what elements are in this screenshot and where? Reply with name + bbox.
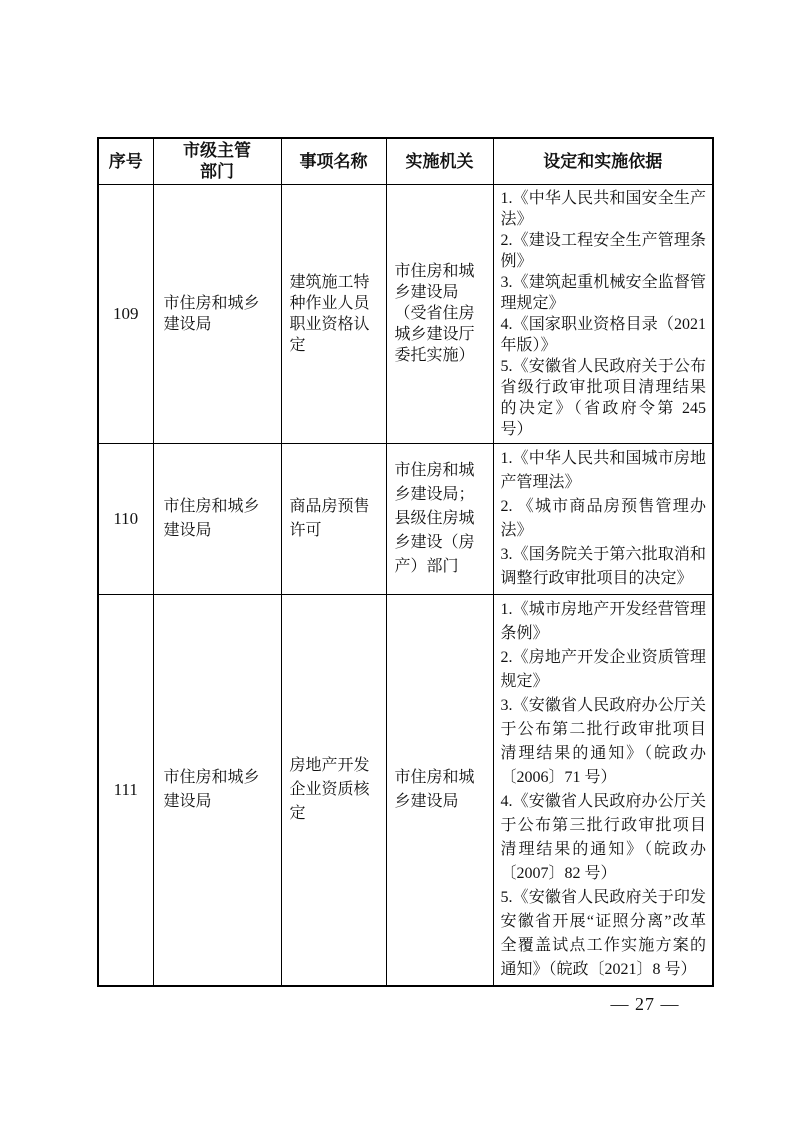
- cell-serial-number: 109: [98, 184, 153, 443]
- cell-agency: 市住房和城乡建设局；县级住房城乡建设（房产）部门: [386, 443, 493, 594]
- table-row: 109 市住房和城乡建设局 建筑施工特种作业人员职业资格认定 市住房和城乡建设局…: [98, 184, 713, 443]
- table-row: 111 市住房和城乡建设局 房地产开发企业资质核定 市住房和城乡建设局 1.《城…: [98, 594, 713, 986]
- document-page: 序号 市级主管 部门 事项名称 实施机关 设定和实施依据 109 市住房和城乡建…: [0, 0, 793, 1122]
- header-agency: 实施机关: [386, 138, 493, 184]
- cell-agency: 市住房和城乡建设局: [386, 594, 493, 986]
- cell-serial-number: 111: [98, 594, 153, 986]
- header-serial-number: 序号: [98, 138, 153, 184]
- cell-item-name: 商品房预售许可: [281, 443, 386, 594]
- cell-serial-number: 110: [98, 443, 153, 594]
- table-header-row: 序号 市级主管 部门 事项名称 实施机关 设定和实施依据: [98, 138, 713, 184]
- cell-item-name: 房地产开发企业资质核定: [281, 594, 386, 986]
- cell-basis: 1.《城市房地产开发经营管理条例》 2.《房地产开发企业资质管理规定》 3.《安…: [493, 594, 713, 986]
- page-number: — 27 —: [575, 994, 715, 1015]
- header-item-name: 事项名称: [281, 138, 386, 184]
- cell-department: 市住房和城乡建设局: [153, 443, 281, 594]
- cell-item-name: 建筑施工特种作业人员职业资格认定: [281, 184, 386, 443]
- table-row: 110 市住房和城乡建设局 商品房预售许可 市住房和城乡建设局；县级住房城乡建设…: [98, 443, 713, 594]
- header-basis: 设定和实施依据: [493, 138, 713, 184]
- header-department: 市级主管 部门: [153, 138, 281, 184]
- admin-items-table: 序号 市级主管 部门 事项名称 实施机关 设定和实施依据 109 市住房和城乡建…: [97, 137, 714, 987]
- cell-basis: 1.《中华人民共和国安全生产法》 2.《建设工程安全生产管理条例》 3.《建筑起…: [493, 184, 713, 443]
- cell-department: 市住房和城乡建设局: [153, 184, 281, 443]
- cell-department: 市住房和城乡建设局: [153, 594, 281, 986]
- cell-agency: 市住房和城乡建设局（受省住房城乡建设厅委托实施）: [386, 184, 493, 443]
- cell-basis: 1.《中华人民共和国城市房地产管理法》 2. 《城市商品房预售管理办法》 3.《…: [493, 443, 713, 594]
